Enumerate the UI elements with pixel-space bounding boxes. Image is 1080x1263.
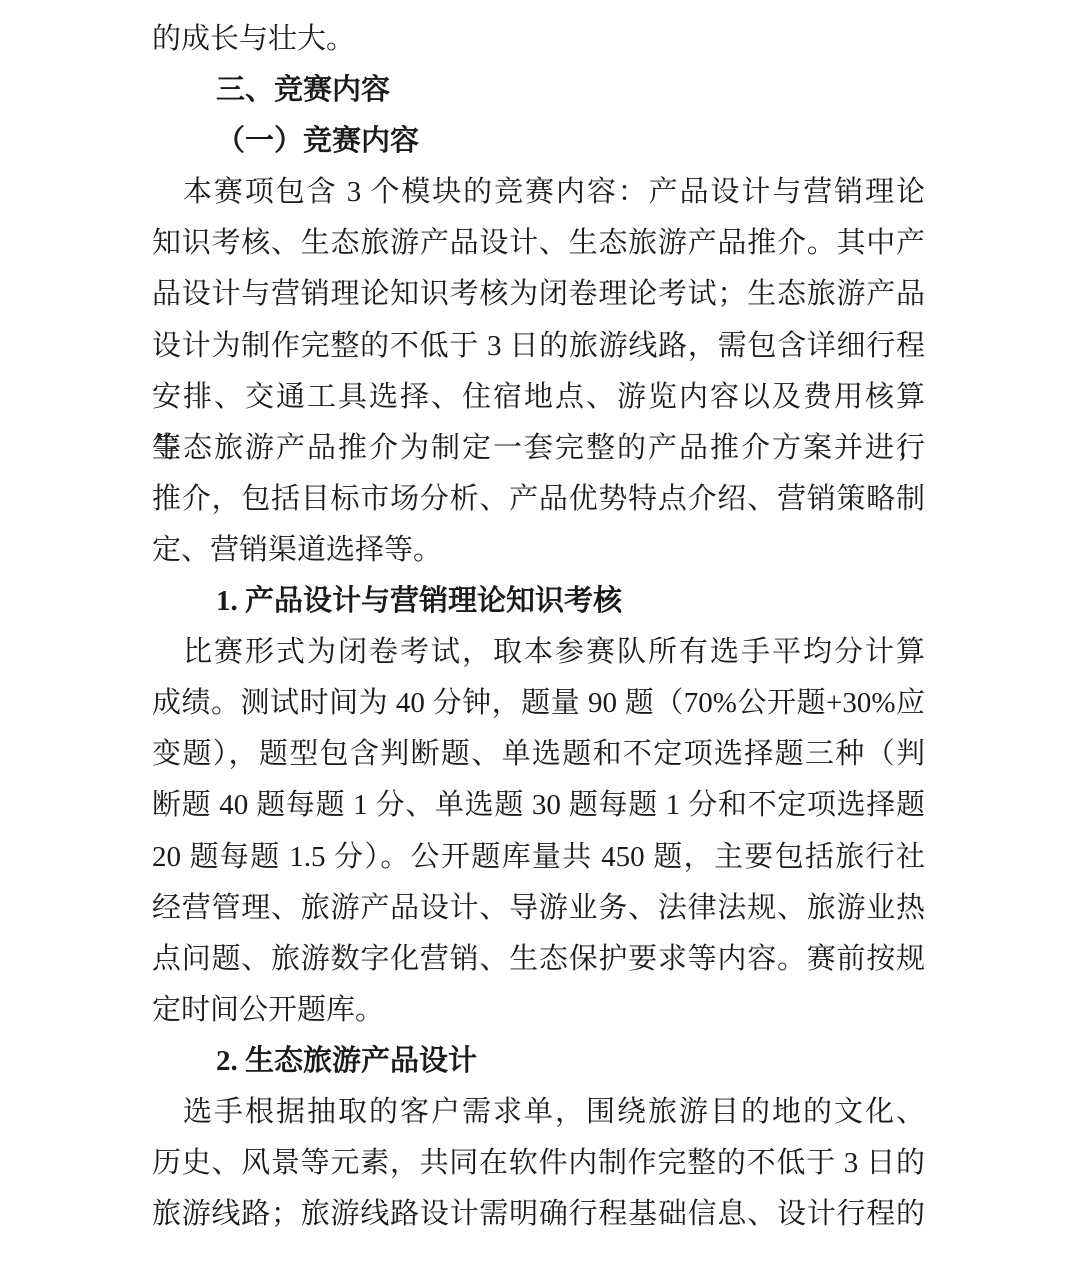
- heading-section-3: 三、竞赛内容: [152, 65, 925, 116]
- text-line: 比赛形式为闭卷考试，取本参赛队所有选手平均分计算: [152, 627, 925, 678]
- text-line: 安排、交通工具选择、住宿地点、游览内容以及费用核算等；: [152, 372, 925, 423]
- text-line: 本赛项包含 3 个模块的竞赛内容：产品设计与营销理论: [152, 167, 925, 218]
- document-page: 的成长与壮大。 三、竞赛内容 （一）竞赛内容 本赛项包含 3 个模块的竞赛内容：…: [0, 0, 1080, 1263]
- text-line: 设计为制作完整的不低于 3 日的旅游线路，需包含详细行程: [152, 321, 925, 372]
- paragraph-end-line: 定、营销渠道选择等。: [152, 525, 925, 576]
- text-line: 历史、风景等元素，共同在软件内制作完整的不低于 3 日的: [152, 1138, 925, 1189]
- text-line: 成绩。测试时间为 40 分钟，题量 90 题（70%公开题+30%应: [152, 678, 925, 729]
- heading-subsection-1: （一）竞赛内容: [152, 116, 925, 167]
- text-line: 经营管理、旅游产品设计、导游业务、法律法规、旅游业热: [152, 883, 925, 934]
- text-line: 品设计与营销理论知识考核为闭卷理论考试；生态旅游产品: [152, 269, 925, 320]
- text-line: 断题 40 题每题 1 分、单选题 30 题每题 1 分和不定项选择题: [152, 780, 925, 831]
- text-line: 选手根据抽取的客户需求单，围绕旅游目的地的文化、: [152, 1087, 925, 1138]
- paragraph-end-line: 的成长与壮大。: [152, 14, 925, 65]
- text-line: 生态旅游产品推介为制定一套完整的产品推介方案并进行: [152, 423, 925, 474]
- heading-module-2: 2. 生态旅游产品设计: [152, 1036, 925, 1087]
- text-line: 推介，包括目标市场分析、产品优势特点介绍、营销策略制: [152, 474, 925, 525]
- text-line: 旅游线路；旅游线路设计需明确行程基础信息、设计行程的: [152, 1189, 925, 1240]
- paragraph-end-line: 定时间公开题库。: [152, 985, 925, 1036]
- heading-module-1: 1. 产品设计与营销理论知识考核: [152, 576, 925, 627]
- text-line: 变题），题型包含判断题、单选题和不定项选择题三种（判: [152, 729, 925, 780]
- text-line: 20 题每题 1.5 分）。公开题库量共 450 题，主要包括旅行社: [152, 832, 925, 883]
- text-line: 点问题、旅游数字化营销、生态保护要求等内容。赛前按规: [152, 934, 925, 985]
- text-line: 知识考核、生态旅游产品设计、生态旅游产品推介。其中产: [152, 218, 925, 269]
